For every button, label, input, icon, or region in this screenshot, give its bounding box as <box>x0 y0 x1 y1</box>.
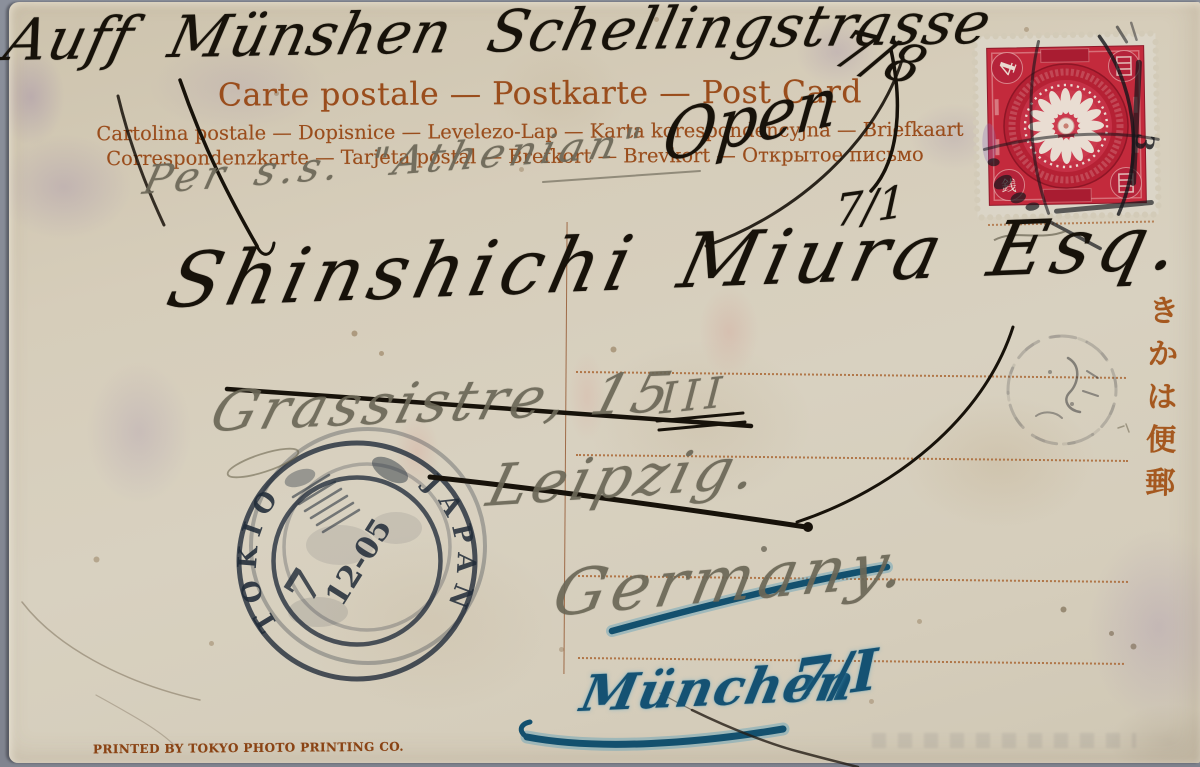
japanese-postcard-label: き か は 便 郵 <box>1140 290 1184 506</box>
japanese-char: 郵 <box>1140 462 1181 506</box>
show-through-marks <box>872 733 1136 748</box>
postcard-photo: Carte postale — Postkarte — Post Card Ca… <box>0 0 1200 767</box>
japanese-char: は <box>1142 376 1183 420</box>
blue-forward-number: 7/I <box>792 636 879 715</box>
pencil-floor-numeral: III <box>659 367 730 424</box>
japanese-char: か <box>1142 333 1183 377</box>
japanese-char: き <box>1143 290 1184 334</box>
japanese-char: 便 <box>1141 419 1182 463</box>
fox-spots <box>0 0 3 3</box>
printer-imprint: PRINTED BY TOKYO PHOTO PRINTING CO. <box>93 740 404 757</box>
